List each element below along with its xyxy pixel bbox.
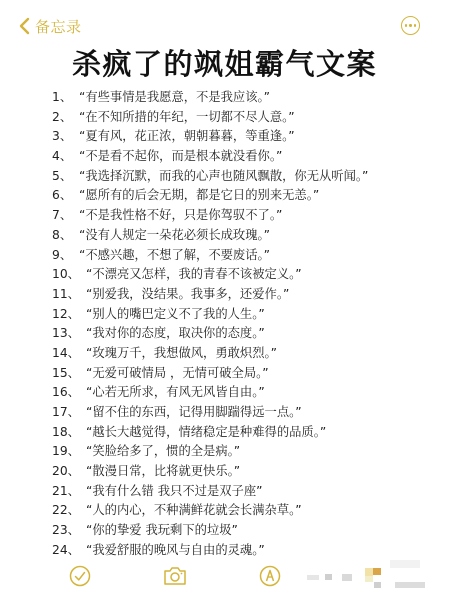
item-number: 10、 [52, 265, 82, 285]
item-number: 12、 [52, 305, 82, 325]
item-text: “有些事情是我愿意，不是我应该。” [79, 88, 270, 108]
item-number: 23、 [52, 521, 82, 541]
item-number: 3、 [52, 127, 75, 147]
ellipsis-dot [414, 24, 416, 26]
item-number: 14、 [52, 344, 82, 364]
markup-button[interactable] [259, 565, 281, 587]
item-number: 19、 [52, 442, 82, 462]
item-number: 22、 [52, 501, 82, 521]
item-number: 5、 [52, 167, 75, 187]
blurred-watermark [305, 565, 435, 595]
item-text: “人的内心，不种满鲜花就会长满杂草。” [86, 501, 302, 521]
list-item: 18、“越长大越觉得，情绪稳定是种难得的品质。” [52, 423, 368, 443]
list-item: 14、“玫瑰万千，我想做风，勇敢炽烈。” [52, 344, 368, 364]
note-title: 杀疯了的飒姐霸气文案 [0, 42, 449, 83]
chevron-left-icon [18, 17, 30, 35]
item-number: 16、 [52, 383, 82, 403]
item-text: “散漫日常，比将就更快乐。” [86, 462, 240, 482]
list-item: 2、“在不知所措的年纪，一切都不尽人意。” [52, 108, 368, 128]
list-item: 8、“没有人规定一朵花必须长成玫瑰。” [52, 226, 368, 246]
camera-button[interactable] [163, 565, 187, 587]
item-number: 15、 [52, 364, 82, 384]
item-number: 21、 [52, 482, 82, 502]
item-text: “不是看不起你，而是根本就没看你。” [79, 147, 282, 167]
list-item: 15、“无爱可破情局 ，无情可破全局。” [52, 364, 368, 384]
list-item: 21、“我有什么错 我只不过是双子座” [52, 482, 368, 502]
item-text: “我选择沉默，而我的心声也随风飘散，你无从听闻。” [79, 167, 368, 187]
back-button[interactable]: 备忘录 [18, 14, 82, 38]
item-text: “留不住的东西，记得用脚踹得远一点。” [86, 403, 302, 423]
item-text: “不是我性格不好，只是你驾驭不了。” [79, 206, 282, 226]
more-options-button[interactable] [401, 16, 420, 35]
list-item: 17、“留不住的东西，记得用脚踹得远一点。” [52, 403, 368, 423]
item-text: “没有人规定一朵花必须长成玫瑰。” [79, 226, 270, 246]
item-text: “我有什么错 我只不过是双子座” [86, 482, 263, 502]
item-text: “别人的嘴巴定义不了我的人生。” [86, 305, 265, 325]
camera-icon [163, 565, 187, 587]
list-item: 20、“散漫日常，比将就更快乐。” [52, 462, 368, 482]
item-number: 6、 [52, 186, 75, 206]
list-item: 11、“别爱我，没结果。我事多，还爱作。” [52, 285, 368, 305]
list-item: 6、“愿所有的后会无期，都是它日的别来无恙。” [52, 186, 368, 206]
list-item: 24、“我爱舒服的晚风与自由的灵魂。” [52, 541, 368, 561]
list-item: 12、“别人的嘴巴定义不了我的人生。” [52, 305, 368, 325]
item-text: “无爱可破情局 ，无情可破全局。” [86, 364, 269, 384]
item-number: 4、 [52, 147, 75, 167]
item-text: “在不知所措的年纪，一切都不尽人意。” [79, 108, 295, 128]
item-text: “我对你的态度，取决你的态度。” [86, 324, 265, 344]
list-item: 9、“不感兴趣，不想了解，不要废话。” [52, 246, 368, 266]
list-item: 23、“你的挚爱 我玩剩下的垃圾” [52, 521, 368, 541]
item-text: “你的挚爱 我玩剩下的垃圾” [86, 521, 238, 541]
item-number: 7、 [52, 206, 75, 226]
back-label: 备忘录 [35, 16, 82, 37]
item-text: “心若无所求，有风无风皆自由。” [86, 383, 265, 403]
item-text: “愿所有的后会无期，都是它日的别来无恙。” [79, 186, 319, 206]
markup-pen-icon [259, 565, 281, 587]
item-text: “越长大越觉得，情绪稳定是种难得的品质。” [86, 423, 326, 443]
quote-list: 1、“有些事情是我愿意，不是我应该。”2、“在不知所措的年纪，一切都不尽人意。”… [52, 88, 368, 561]
item-number: 8、 [52, 226, 75, 246]
list-item: 4、“不是看不起你，而是根本就没看你。” [52, 147, 368, 167]
item-text: “夏有风，花正浓，朝朝暮暮，等重逢。” [79, 127, 295, 147]
item-text: “不感兴趣，不想了解，不要废话。” [79, 246, 270, 266]
item-number: 1、 [52, 88, 75, 108]
item-number: 17、 [52, 403, 82, 423]
item-text: “笑脸给多了，惯的全是病。” [86, 442, 240, 462]
item-text: “不漂亮又怎样，我的青春不该被定义。” [86, 265, 302, 285]
item-number: 24、 [52, 541, 82, 561]
ellipsis-dot [409, 24, 411, 26]
item-number: 20、 [52, 462, 82, 482]
list-item: 1、“有些事情是我愿意，不是我应该。” [52, 88, 368, 108]
list-item: 22、“人的内心，不种满鲜花就会长满杂草。” [52, 501, 368, 521]
list-item: 13、“我对你的态度，取决你的态度。” [52, 324, 368, 344]
item-number: 13、 [52, 324, 82, 344]
checklist-icon [69, 565, 91, 587]
item-number: 18、 [52, 423, 82, 443]
list-item: 5、“我选择沉默，而我的心声也随风飘散，你无从听闻。” [52, 167, 368, 187]
item-text: “我爱舒服的晚风与自由的灵魂。” [86, 541, 265, 561]
checklist-button[interactable] [69, 565, 91, 587]
item-number: 9、 [52, 246, 75, 266]
list-item: 16、“心若无所求，有风无风皆自由。” [52, 383, 368, 403]
ellipsis-circle-icon [405, 24, 407, 26]
list-item: 19、“笑脸给多了，惯的全是病。” [52, 442, 368, 462]
item-number: 2、 [52, 108, 75, 128]
list-item: 10、“不漂亮又怎样，我的青春不该被定义。” [52, 265, 368, 285]
item-number: 11、 [52, 285, 82, 305]
item-text: “玫瑰万千，我想做风，勇敢炽烈。” [86, 344, 277, 364]
list-item: 3、“夏有风，花正浓，朝朝暮暮，等重逢。” [52, 127, 368, 147]
list-item: 7、“不是我性格不好，只是你驾驭不了。” [52, 206, 368, 226]
item-text: “别爱我，没结果。我事多，还爱作。” [86, 285, 289, 305]
